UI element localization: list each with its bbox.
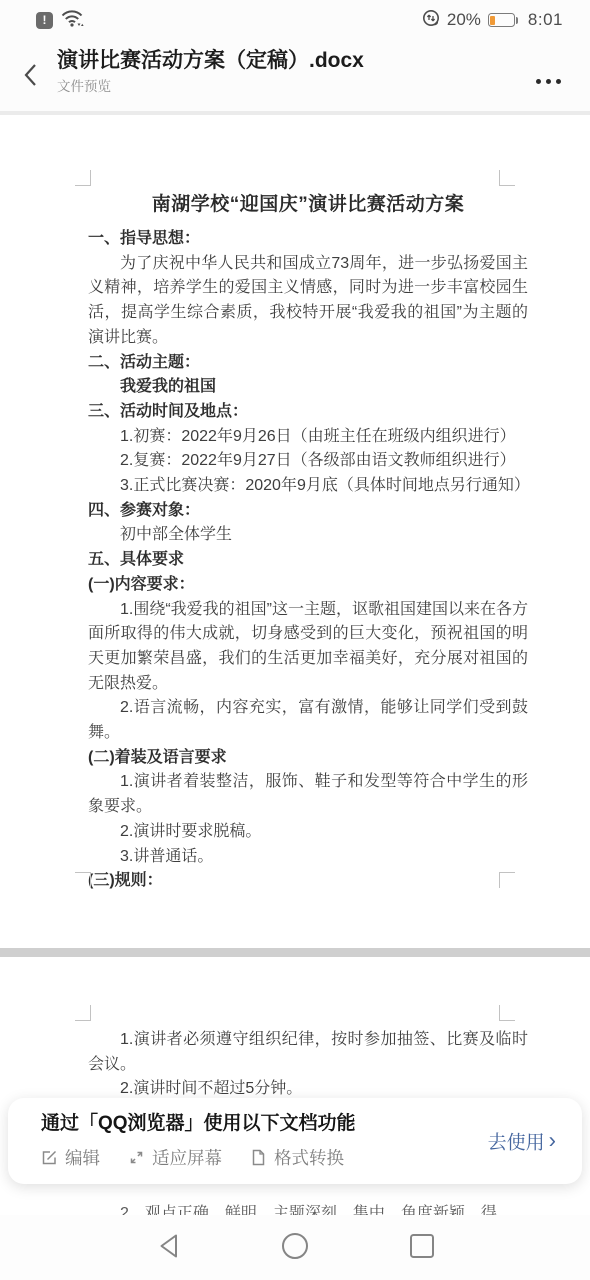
status-right-icons: 20% 8:01 — [422, 9, 563, 32]
app-header: 演讲比赛活动方案（定稿）.docx 文件预览 — [0, 40, 590, 111]
file-preview-label: 文件预览 — [57, 78, 517, 96]
doc-paragraph: 一、指导思想： — [88, 227, 528, 252]
banner-action[interactable]: 适应屏幕 — [128, 1145, 222, 1170]
status-bar: ! 20% 8:01 — [0, 0, 590, 40]
crop-mark — [499, 872, 515, 888]
doc-paragraph: 四、参赛对象： — [88, 499, 528, 524]
status-left-icons: ! — [36, 8, 84, 32]
crop-mark — [75, 1005, 91, 1021]
action-label: 编辑 — [65, 1145, 100, 1170]
doc-paragraph: 3.讲普通话。 — [88, 845, 528, 870]
nav-back-button[interactable] — [152, 1229, 188, 1265]
banner-action[interactable]: 编辑 — [41, 1145, 100, 1170]
doc-paragraph: 1.演讲者着装整洁，服饰、鞋子和发型等符合中学生的形象要求。 — [88, 770, 528, 819]
format-convert-icon — [250, 1149, 267, 1166]
doc-paragraph: 1.初赛：2022年9月26日（由班主任在班级内组织进行） — [88, 425, 528, 450]
page2-content: 1.演讲者必须遵守组织纪律，按时参加抽签、比赛及临时会议。2.演讲时间不超过5分… — [0, 957, 590, 1102]
doc-paragraph: 2.复赛：2022年9月27日（各级部由语文教师组织进行） — [88, 449, 528, 474]
file-title: 演讲比赛活动方案（定稿）.docx — [57, 46, 517, 76]
more-menu-button[interactable] — [526, 66, 570, 96]
wifi-icon — [60, 8, 84, 32]
doc-paragraph: 南湖学校“迎国庆”演讲比赛活动方案 — [68, 191, 548, 219]
page-divider — [0, 948, 590, 957]
navigation-bar — [0, 1215, 590, 1280]
nav-recents-button[interactable] — [404, 1229, 440, 1265]
crop-mark — [499, 1005, 515, 1021]
doc-paragraph: 3.正式比赛决赛：2020年9月底（具体时间地点另行通知） — [88, 474, 528, 499]
qq-browser-banner: 通过「QQ浏览器」使用以下文档功能 编辑 — [8, 1098, 582, 1184]
battery-percent-label: 20% — [447, 10, 481, 30]
doc-paragraph: 三、活动时间及地点： — [88, 400, 528, 425]
doc-paragraph: (三)规则： — [88, 869, 528, 894]
nav-home-button[interactable] — [277, 1229, 313, 1265]
crop-mark — [75, 170, 91, 186]
doc-paragraph: 1.演讲者必须遵守组织纪律，按时参加抽签、比赛及临时会议。 — [88, 1028, 528, 1077]
doc-paragraph: 五、具体要求 — [88, 548, 528, 573]
action-label: 适应屏幕 — [152, 1145, 222, 1170]
back-chevron-icon — [22, 62, 38, 91]
crop-mark — [75, 872, 91, 888]
more-icon — [536, 79, 561, 84]
doc-paragraph: 二、活动主题： — [88, 351, 528, 376]
banner-action[interactable]: 格式转换 — [250, 1145, 344, 1170]
header-titles: 演讲比赛活动方案（定稿）.docx 文件预览 — [57, 46, 517, 96]
document-page-1: 南湖学校“迎国庆”演讲比赛活动方案一、指导思想：为了庆祝中华人民共和国成立73周… — [0, 115, 590, 948]
sim-alert-icon: ! — [36, 12, 53, 29]
go-use-label: 去使用 — [488, 1128, 545, 1155]
nav-recents-square-icon — [407, 1231, 437, 1264]
battery-icon — [488, 12, 521, 28]
edit-icon — [41, 1149, 58, 1166]
crop-mark — [499, 170, 515, 186]
power-saving-icon — [422, 9, 440, 32]
fit-screen-icon — [128, 1149, 145, 1166]
chevron-right-icon: › — [549, 1129, 556, 1151]
back-button[interactable] — [10, 54, 50, 98]
doc-paragraph: 1.围绕“我爱我的祖国”这一主题，讴歌祖国建国以来在各方面所取得的伟大成就，切身… — [88, 598, 528, 697]
action-label: 格式转换 — [274, 1145, 344, 1170]
nav-back-triangle-icon — [155, 1231, 185, 1264]
doc-paragraph: (二)着装及语言要求 — [88, 746, 528, 771]
go-use-button[interactable]: 去使用 › — [484, 1124, 560, 1159]
doc-paragraph: (一)内容要求： — [88, 573, 528, 598]
doc-paragraph: 为了庆祝中华人民共和国成立73周年，进一步弘扬爱国主义精神，培养学生的爱国主义情… — [88, 252, 528, 351]
doc-paragraph: 初中部全体学生 — [88, 523, 528, 548]
battery-fill — [490, 16, 495, 25]
doc-paragraph: 2.语言流畅，内容充实，富有激情，能够让同学们受到鼓舞。 — [88, 696, 528, 745]
doc-paragraph: 2.演讲时要求脱稿。 — [88, 820, 528, 845]
page1-content: 南湖学校“迎国庆”演讲比赛活动方案一、指导思想：为了庆祝中华人民共和国成立73周… — [0, 115, 590, 894]
nav-home-circle-icon — [280, 1231, 310, 1264]
clock-label: 8:01 — [528, 10, 563, 30]
doc-paragraph: 我爱我的祖国 — [88, 375, 528, 400]
